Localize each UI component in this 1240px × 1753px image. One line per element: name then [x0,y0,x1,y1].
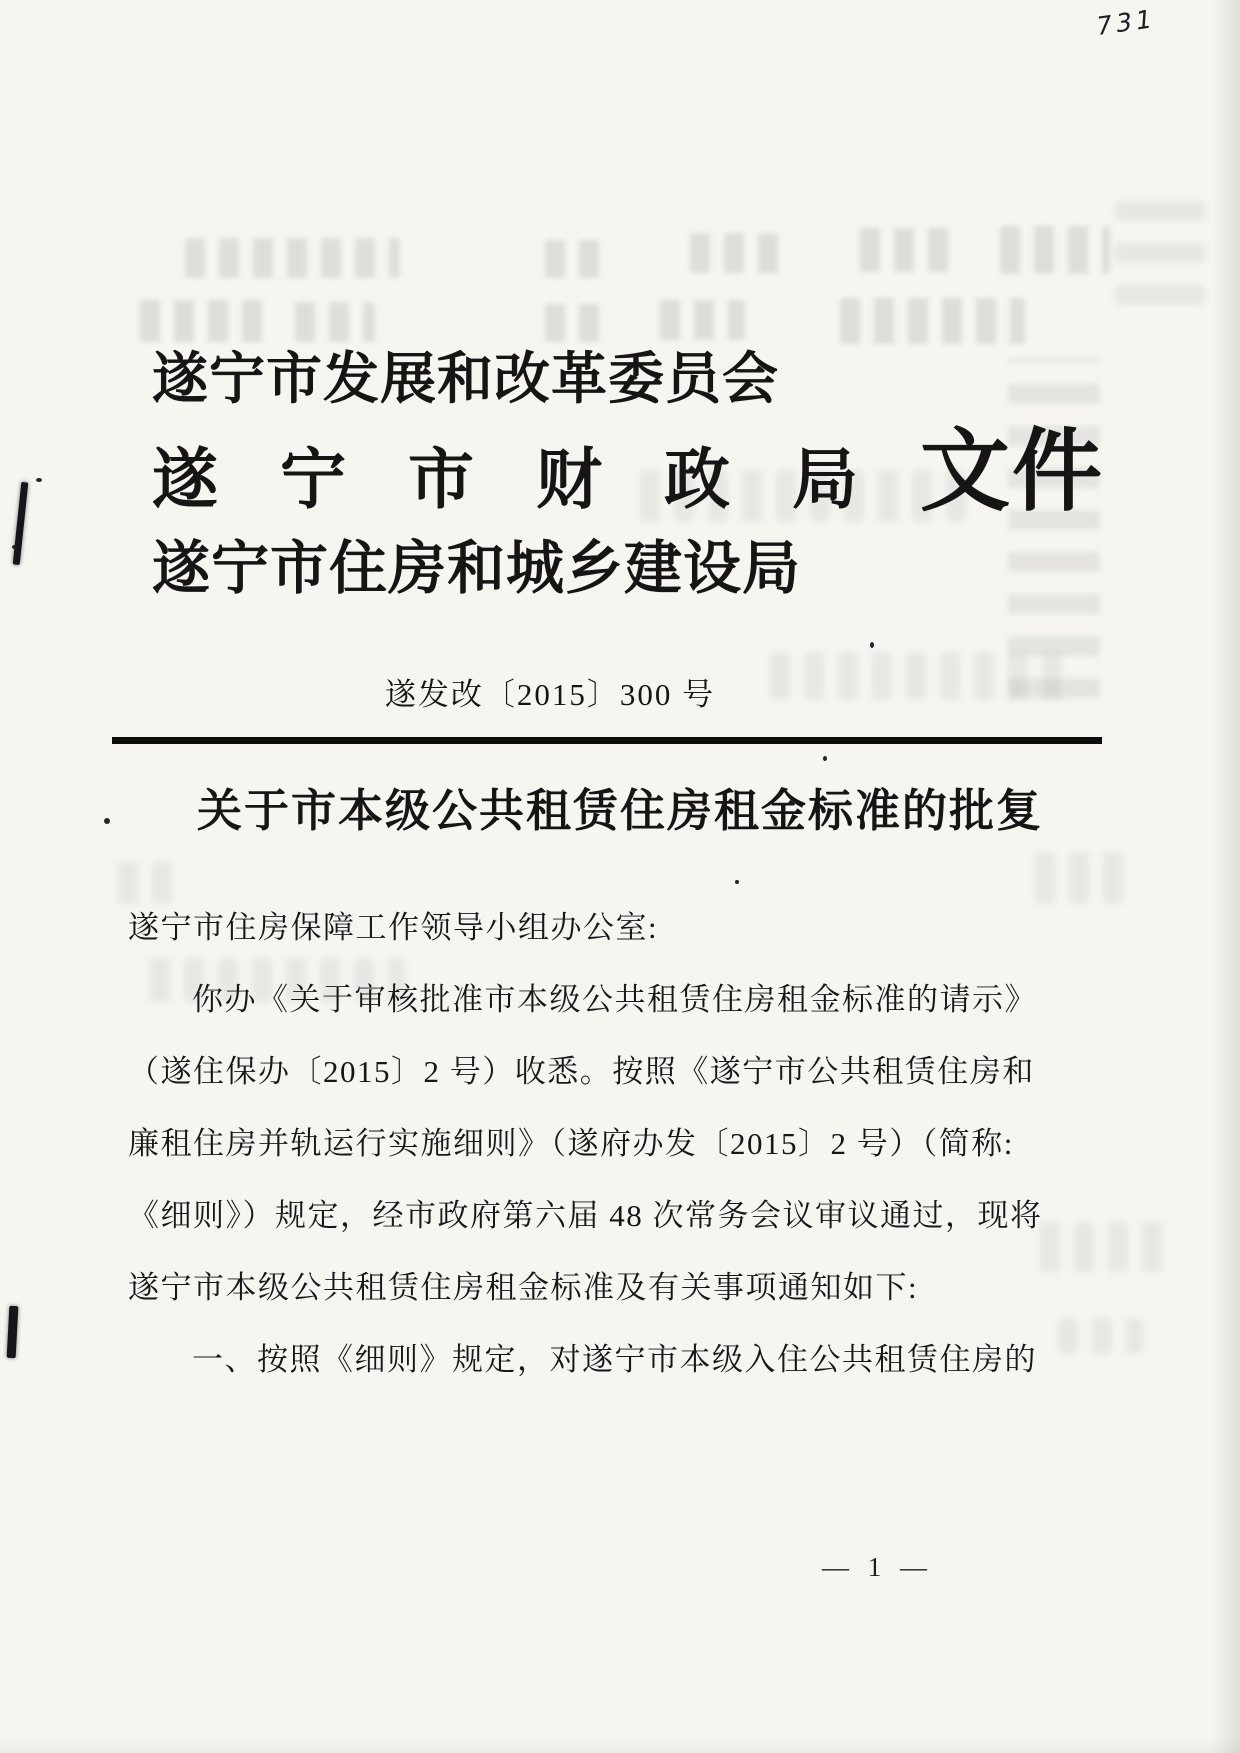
bleed-through-artifact [860,228,955,272]
bleed-through-artifact [840,298,1025,344]
body-line: 《细则》）规定，经市政府第六届 48 次常务会议审议通过，现将 [128,1196,1043,1236]
bleed-through-artifact [185,238,400,278]
ink-speck [12,545,17,549]
scanned-document-page: 731 遂宁市发展和改革委员会 遂宁市财政局 文件 遂宁市住房和城乡建设局 遂发… [0,0,1240,1753]
staple-mark [7,1306,19,1358]
agency-name-housing-bureau: 遂宁市住房和城乡建设局 [152,540,801,598]
bleed-through-artifact [1115,185,1205,305]
ink-speck [36,478,42,482]
body-line: （遂住保办〔2015〕2 号）收悉。按照《遂宁市公共租赁住房和 [128,1052,1035,1092]
scan-edge-shading [1212,0,1240,1753]
ink-speck [870,642,874,648]
handwritten-page-mark: 731 [1095,4,1156,42]
bleed-through-artifact [545,304,607,342]
letterhead-divider-rule [112,737,1102,744]
body-line: 遂宁市本级公共租赁住房租金标准及有关事项通知如下: [128,1268,918,1308]
body-line: 你办《关于审核批准市本级公共租赁住房租金标准的请示》 [192,980,1037,1020]
page-number: — 1 — [822,1552,933,1583]
agency-name-finance-bureau: 遂宁市财政局 [152,448,920,514]
agency-name-finance-bureau-row: 遂宁市财政局 文件 [152,428,1104,518]
scan-edge-shading [0,1737,1240,1753]
bleed-through-artifact [1040,1222,1165,1272]
bleed-through-artifact [1008,358,1100,698]
ink-speck [735,880,739,884]
bleed-through-artifact [140,300,275,342]
bleed-through-artifact [295,302,375,342]
bleed-through-artifact [1000,226,1110,274]
ink-speck [823,756,827,761]
document-title: 关于市本级公共租赁住房租金标准的批复 [25,786,1215,838]
body-line: 廉租住房并轨运行实施细则》（遂府办发〔2015〕2 号）（简称: [128,1124,1014,1164]
staple-mark [13,482,29,565]
bleed-through-artifact [118,862,183,904]
document-word: 文件 [920,428,1104,518]
document-number: 遂发改〔2015〕300 号 [0,676,1100,713]
bleed-through-artifact [660,300,745,340]
bleed-through-artifact [1058,1318,1143,1354]
bleed-through-artifact [545,240,605,278]
body-line: 一、按照《细则》规定，对遂宁市本级入住公共租赁住房的 [192,1340,1037,1380]
agency-name-development-reform: 遂宁市发展和改革委员会 [152,352,779,408]
salutation-line: 遂宁市住房保障工作领导小组办公室: [128,908,658,948]
bleed-through-artifact [690,233,785,273]
bleed-through-artifact [1035,852,1135,904]
